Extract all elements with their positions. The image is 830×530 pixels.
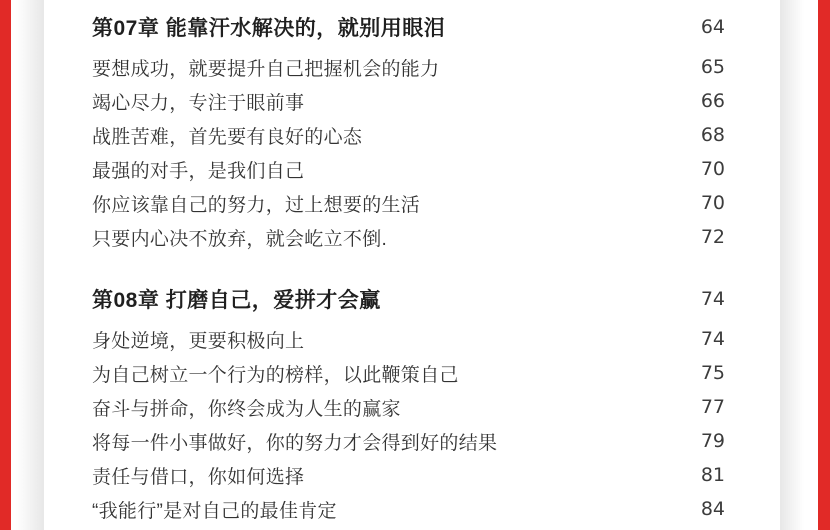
page-number: 75	[701, 362, 725, 384]
toc-entry-row[interactable]: 战胜苦难，首先要有良好的心态 68	[92, 118, 725, 152]
page-number: 70	[701, 158, 725, 180]
entry-title: 只要内心决不放弃，就会屹立不倒.	[92, 224, 701, 251]
toc-entry-row[interactable]: 为自己树立一个行为的榜样，以此鞭策自己 75	[92, 356, 725, 390]
page-number: 72	[701, 226, 725, 248]
toc-entry-row[interactable]: 奋斗与拼命，你终会成为人生的赢家 77	[92, 390, 725, 424]
toc-entry-row[interactable]: 要想成功，就要提升自己把握机会的能力 65	[92, 50, 725, 84]
entry-title: 你应该靠自己的努力，过上想要的生活	[92, 190, 701, 217]
toc-entry-row[interactable]: 只要内心决不放弃，就会屹立不倒. 72	[92, 220, 725, 254]
toc-page-surface: 第07章 能靠汗水解决的，就别用眼泪 64 要想成功，就要提升自己把握机会的能力…	[44, 0, 780, 530]
toc-entry-row[interactable]: 责任与借口，你如何选择 81	[92, 458, 725, 492]
page-number: 74	[701, 288, 725, 310]
page-number: 68	[701, 124, 725, 146]
entry-title: 最强的对手，是我们自己	[92, 156, 701, 183]
right-red-border	[818, 0, 830, 530]
entry-title: 竭心尽力，专注于眼前事	[92, 88, 701, 115]
entry-title: 将每一件小事做好，你的努力才会得到好的结果	[92, 428, 701, 455]
toc-entry-row[interactable]: 竭心尽力，专注于眼前事 66	[92, 84, 725, 118]
toc-entry-row[interactable]: 将每一件小事做好，你的努力才会得到好的结果 79	[92, 424, 725, 458]
page-number: 66	[701, 90, 725, 112]
page-number: 79	[701, 430, 725, 452]
page-number: 81	[701, 464, 725, 486]
page-number: 74	[701, 328, 725, 350]
entry-title: 为自己树立一个行为的榜样，以此鞭策自己	[92, 360, 701, 387]
entry-title: 身处逆境，更要积极向上	[92, 326, 701, 353]
book-toc-page: 第07章 能靠汗水解决的，就别用眼泪 64 要想成功，就要提升自己把握机会的能力…	[0, 0, 830, 530]
left-red-border	[0, 0, 11, 530]
chapter-title: 第07章 能靠汗水解决的，就别用眼泪	[92, 12, 701, 42]
page-number: 77	[701, 396, 725, 418]
page-number: 84	[701, 498, 725, 520]
page-number: 65	[701, 56, 725, 78]
toc-entry-row[interactable]: 最强的对手，是我们自己 70	[92, 152, 725, 186]
page-edge-shadow-left	[16, 0, 44, 530]
entry-title: 战胜苦难，首先要有良好的心态	[92, 122, 701, 149]
entry-title: “我能行”是对自己的最佳肯定	[92, 496, 701, 523]
page-number: 70	[701, 192, 725, 214]
page-number: 64	[701, 16, 725, 38]
toc-entry-row[interactable]: 身处逆境，更要积极向上 74	[92, 322, 725, 356]
entry-title: 奋斗与拼命，你终会成为人生的赢家	[92, 394, 701, 421]
entry-title: 要想成功，就要提升自己把握机会的能力	[92, 54, 701, 81]
toc-entry-row[interactable]: 你应该靠自己的努力，过上想要的生活 70	[92, 186, 725, 220]
page-edge-shadow-right	[780, 0, 804, 530]
chapter-title: 第08章 打磨自己，爱拼才会赢	[92, 284, 701, 314]
table-of-contents: 第07章 能靠汗水解决的，就别用眼泪 64 要想成功，就要提升自己把握机会的能力…	[92, 8, 725, 526]
toc-entry-row[interactable]: “我能行”是对自己的最佳肯定 84	[92, 492, 725, 526]
toc-chapter-row[interactable]: 第08章 打磨自己，爱拼才会赢 74	[92, 280, 725, 318]
toc-chapter-row[interactable]: 第07章 能靠汗水解决的，就别用眼泪 64	[92, 8, 725, 46]
entry-title: 责任与借口，你如何选择	[92, 462, 701, 489]
